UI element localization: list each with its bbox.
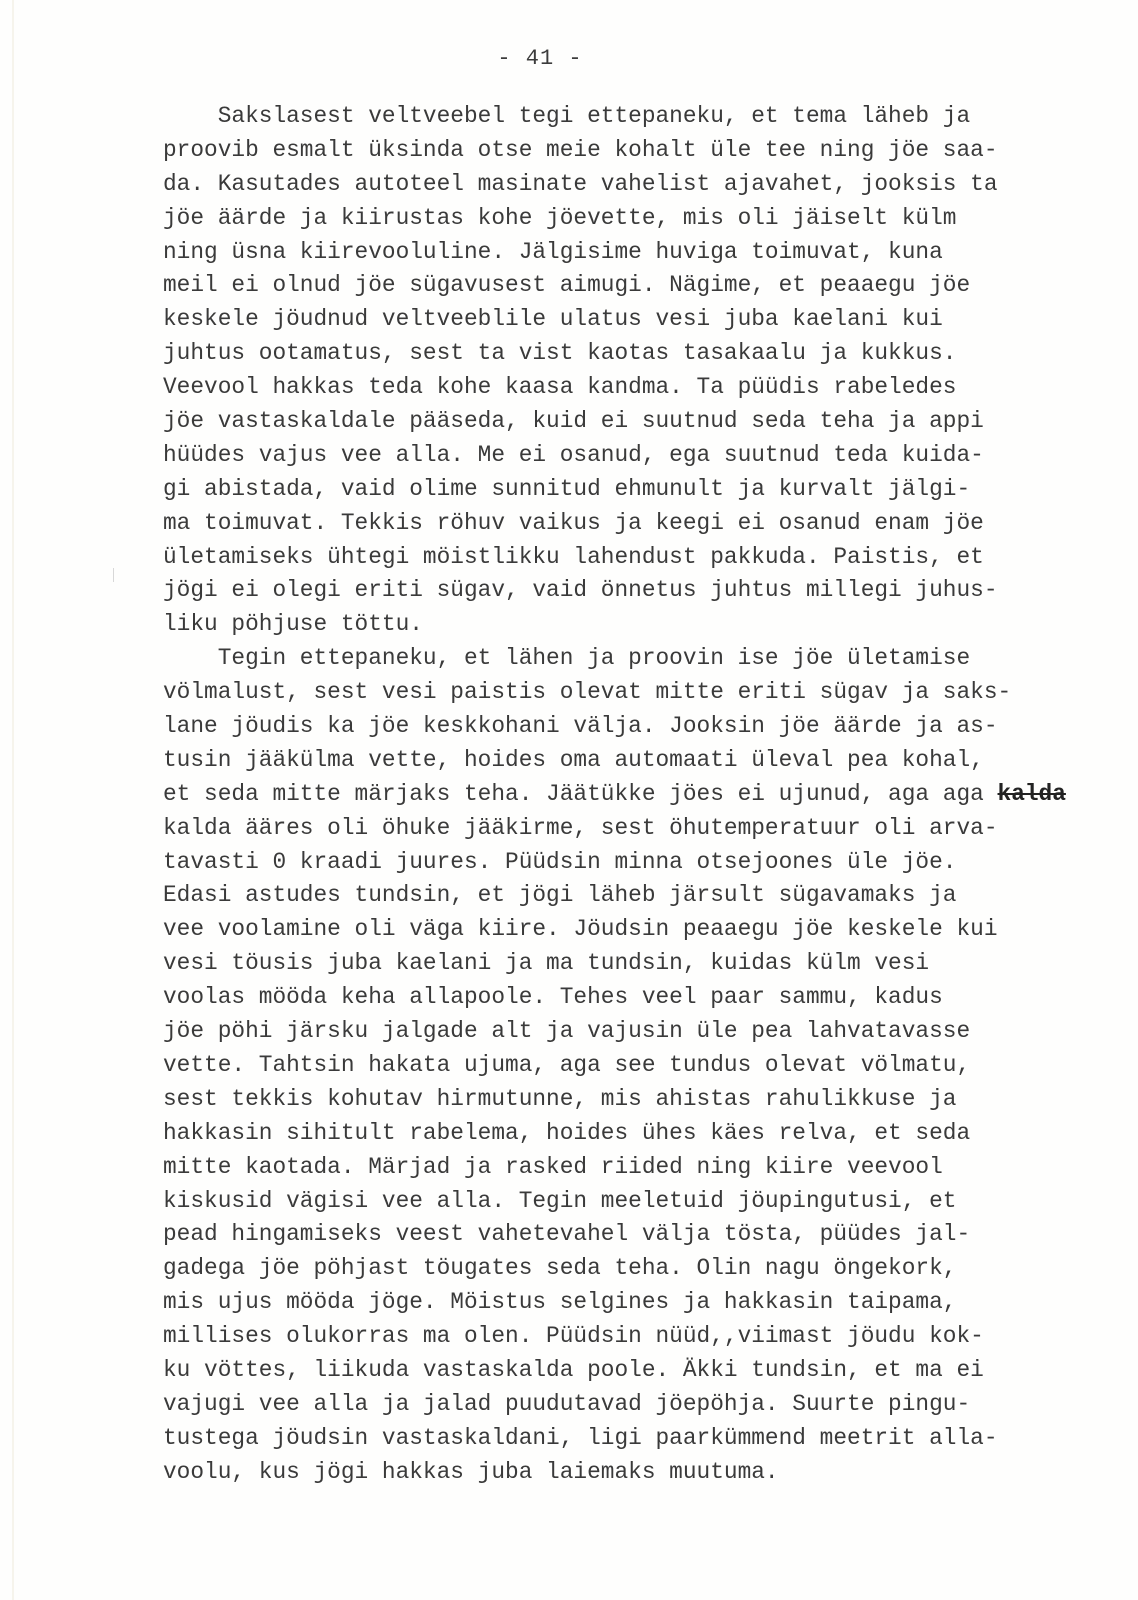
text-line: voolas mööda keha allapoole. Tehes veel … [163,981,1063,1015]
text-line: juhtus ootamatus, sest ta vist kaotas ta… [163,337,1063,371]
text-line: proovib esmalt üksinda otse meie kohalt … [163,134,1063,168]
line-text: lane jöudis ka jöe keskkohani välja. Joo… [163,713,998,739]
line-text: voolu, kus jögi hakkas juba laiemaks muu… [163,1459,779,1485]
line-text: gi abistada, vaid olime sunnitud ehmunul… [163,476,970,502]
line-text: jöe äärde ja kiirustas kohe jöevette, mi… [163,205,956,231]
line-text: sest tekkis kohutav hirmutunne, mis ahis… [163,1086,956,1112]
line-text: tustega jöudsin vastaskaldani, ligi paar… [163,1425,998,1451]
text-line: ku vöttes, liikuda vastaskalda poole. Äk… [163,1354,1063,1388]
line-text: juhtus ootamatus, sest ta vist kaotas ta… [163,340,956,366]
text-line: vajugi vee alla ja jalad puudutavad jöep… [163,1388,1063,1422]
line-text: ületamiseks ühtegi möistlikku lahendust … [163,544,984,570]
line-text: jöe vastaskaldale pääseda, kuid ei suutn… [163,408,984,434]
line-text: proovib esmalt üksinda otse meie kohalt … [163,137,998,163]
text-line: mitte kaotada. Märjad ja rasked riided n… [163,1151,1063,1185]
text-line: Veevool hakkas teda kohe kaasa kandma. T… [163,371,1063,405]
text-line: et seda mitte märjaks teha. Jäätükke jöe… [163,778,1063,812]
line-text: vesi töusis juba kaelani ja ma tundsin, … [163,950,929,976]
text-line: ületamiseks ühtegi möistlikku lahendust … [163,541,1063,575]
text-line: hüüdes vajus vee alla. Me ei osanud, ega… [163,439,1063,473]
document-page: - 41 - Sakslasest veltveebel tegi ettepa… [0,0,1138,1600]
line-text: jöe pöhi järsku jalgade alt ja vajusin ü… [163,1018,970,1044]
line-text: kiskusid vägisi vee alla. Tegin meeletui… [163,1188,956,1214]
line-text: pead hingamiseks veest vahetevahel välja… [163,1221,970,1247]
line-text: ning üsna kiirevooluline. Jälgisime huvi… [163,239,943,265]
line-text: mitte kaotada. Märjad ja rasked riided n… [163,1154,943,1180]
text-line: voolu, kus jögi hakkas juba laiemaks muu… [163,1456,1063,1490]
line-text: Edasi astudes tundsin, et jögi läheb jär… [163,882,956,908]
line-text: kalda ääres oli öhuke jääkirme, sest öhu… [163,815,998,841]
text-line: vesi töusis juba kaelani ja ma tundsin, … [163,947,1063,981]
line-text: et seda mitte märjaks teha. Jäätükke jöe… [163,781,998,807]
text-line: hakkasin sihitult rabelema, hoides ühes … [163,1117,1063,1151]
text-line: tusin jääkülma vette, hoides oma automaa… [163,744,1063,778]
page-edge [12,0,14,1600]
text-line: ma toimuvat. Tekkis röhuv vaikus ja keeg… [163,507,1063,541]
text-line: gadega jöe pöhjast töugates seda teha. O… [163,1252,1063,1286]
line-text: da. Kasutades autoteel masinate vahelist… [163,171,998,197]
text-line: jöe äärde ja kiirustas kohe jöevette, mi… [163,202,1063,236]
line-text: Sakslasest veltveebel tegi ettepaneku, e… [163,103,970,129]
text-line: jöe vastaskaldale pääseda, kuid ei suutn… [163,405,1063,439]
line-text: keskele jöudnud veltveeblile ulatus vesi… [163,306,943,332]
text-line: kiskusid vägisi vee alla. Tegin meeletui… [163,1185,1063,1219]
text-line: Edasi astudes tundsin, et jögi läheb jär… [163,879,1063,913]
text-line: keskele jöudnud veltveeblile ulatus vesi… [163,303,1063,337]
text-line: jögi ei olegi eriti sügav, vaid önnetus … [163,574,1063,608]
line-text: liku pöhjuse töttu. [163,611,423,637]
body-text: Sakslasest veltveebel tegi ettepaneku, e… [163,100,1063,1490]
text-line: ning üsna kiirevooluline. Jälgisime huvi… [163,236,1063,270]
text-line: lane jöudis ka jöe keskkohani välja. Joo… [163,710,1063,744]
text-line: tavasti 0 kraadi juures. Püüdsin minna o… [163,846,1063,880]
line-text: ma toimuvat. Tekkis röhuv vaikus ja keeg… [163,510,984,536]
text-line: vee voolamine oli väga kiire. Jöudsin pe… [163,913,1063,947]
line-text: meil ei olnud jöe sügavusest aimugi. Näg… [163,272,970,298]
text-line: kalda ääres oli öhuke jääkirme, sest öhu… [163,812,1063,846]
text-line: Sakslasest veltveebel tegi ettepaneku, e… [163,100,1063,134]
line-text: Veevool hakkas teda kohe kaasa kandma. T… [163,374,956,400]
text-line: jöe pöhi järsku jalgade alt ja vajusin ü… [163,1015,1063,1049]
text-line: millises olukorras ma olen. Püüdsin nüüd… [163,1320,1063,1354]
line-text: tusin jääkülma vette, hoides oma automaa… [163,747,984,773]
text-line: mis ujus mööda jöge. Möistus selgines ja… [163,1286,1063,1320]
page-number: - 41 - [0,46,1080,71]
text-line: Tegin ettepaneku, et lähen ja proovin is… [163,642,1063,676]
text-line: liku pöhjuse töttu. [163,608,1063,642]
line-text: jögi ei olegi eriti sügav, vaid önnetus … [163,577,998,603]
text-line: pead hingamiseks veest vahetevahel välja… [163,1218,1063,1252]
text-line: vette. Tahtsin hakata ujuma, aga see tun… [163,1049,1063,1083]
line-text: Tegin ettepaneku, et lähen ja proovin is… [163,645,970,671]
text-line: meil ei olnud jöe sügavusest aimugi. Näg… [163,269,1063,303]
line-text: hakkasin sihitult rabelema, hoides ühes … [163,1120,970,1146]
line-text: millises olukorras ma olen. Püüdsin nüüd… [163,1323,984,1349]
text-line: da. Kasutades autoteel masinate vahelist… [163,168,1063,202]
struck-out-word: kalda [998,781,1066,807]
line-text: vette. Tahtsin hakata ujuma, aga see tun… [163,1052,970,1078]
text-line: völmalust, sest vesi paistis olevat mitt… [163,676,1063,710]
line-text: hüüdes vajus vee alla. Me ei osanud, ega… [163,442,984,468]
line-text: tavasti 0 kraadi juures. Püüdsin minna o… [163,849,956,875]
line-text: gadega jöe pöhjast töugates seda teha. O… [163,1255,956,1281]
line-text: voolas mööda keha allapoole. Tehes veel … [163,984,943,1010]
margin-mark [113,568,114,582]
line-text: ku vöttes, liikuda vastaskalda poole. Äk… [163,1357,984,1383]
line-text: völmalust, sest vesi paistis olevat mitt… [163,679,1011,705]
line-text: vajugi vee alla ja jalad puudutavad jöep… [163,1391,970,1417]
line-text: mis ujus mööda jöge. Möistus selgines ja… [163,1289,956,1315]
text-line: sest tekkis kohutav hirmutunne, mis ahis… [163,1083,1063,1117]
line-text: vee voolamine oli väga kiire. Jöudsin pe… [163,916,998,942]
text-line: gi abistada, vaid olime sunnitud ehmunul… [163,473,1063,507]
text-line: tustega jöudsin vastaskaldani, ligi paar… [163,1422,1063,1456]
